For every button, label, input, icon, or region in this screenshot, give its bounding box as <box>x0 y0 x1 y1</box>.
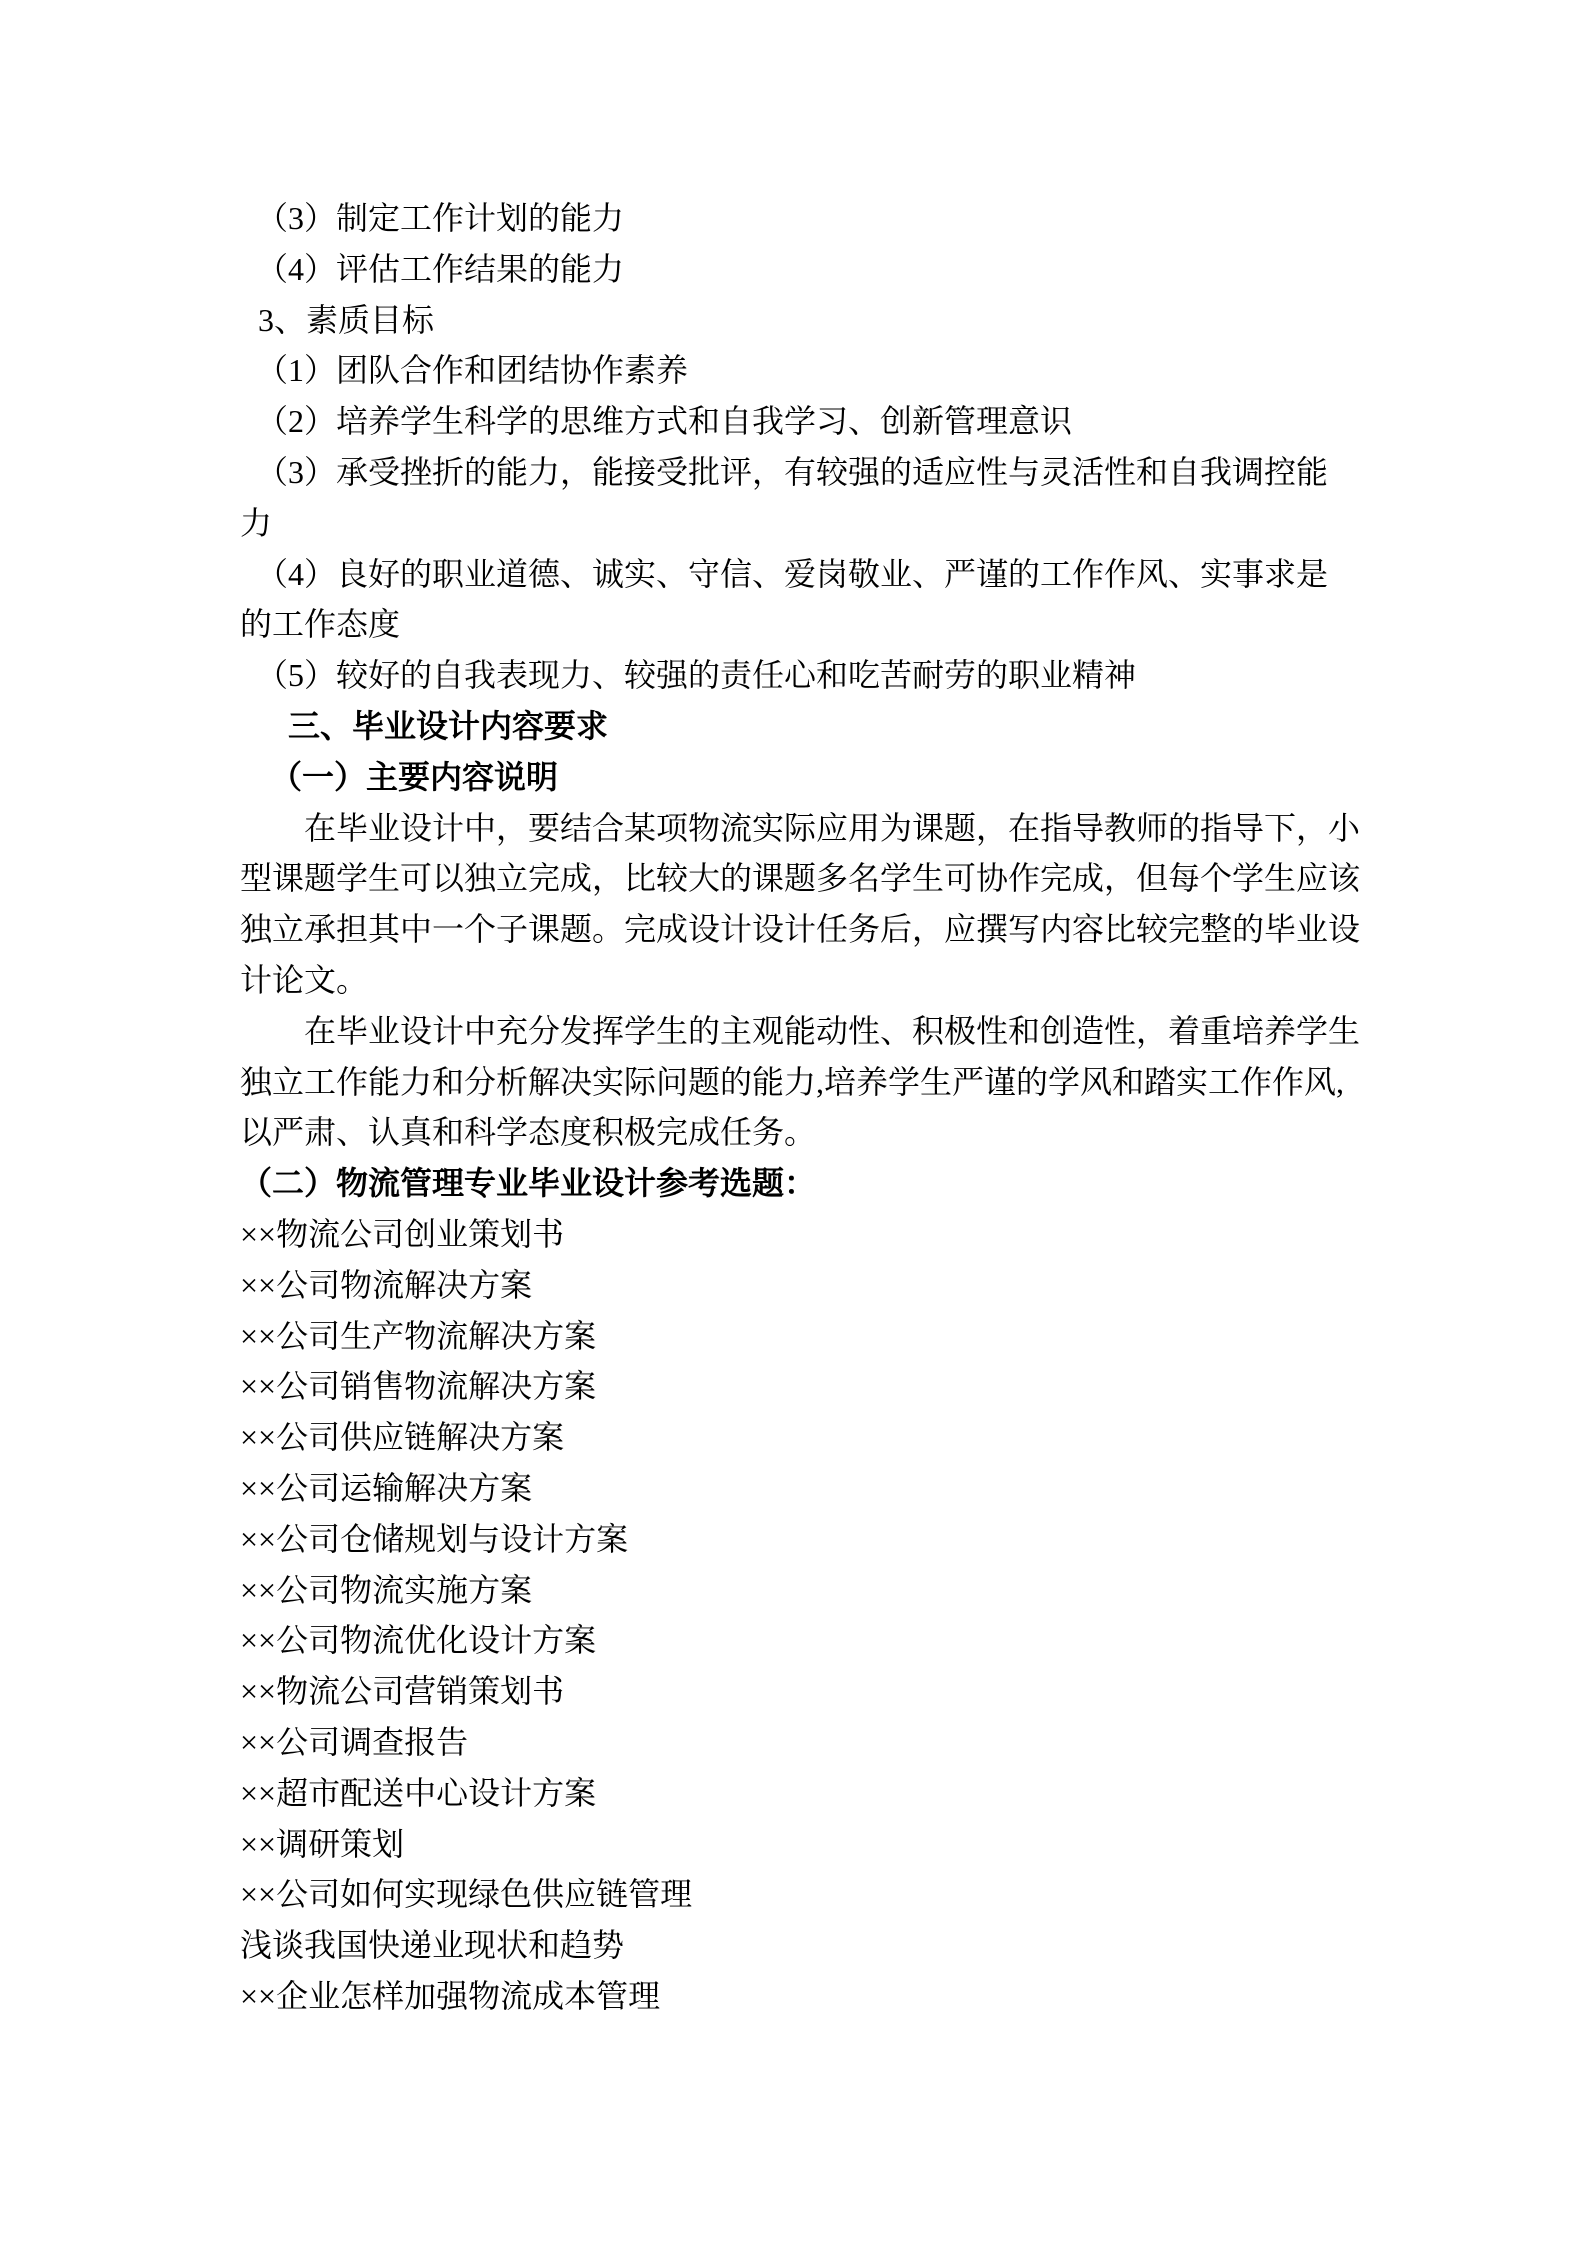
doc-line-topic-7: ××公司仓储规划与设计方案 <box>240 1514 1350 1565</box>
doc-line-topic-14: ××公司如何实现绿色供应链管理 <box>240 1869 1350 1920</box>
doc-line-paragraph-1-l3: 独立承担其中一个子课题。完成设计设计任务后，应撰写内容比较完整的毕业设 <box>240 904 1350 955</box>
doc-line-quality-item-4-cont: 的工作态度 <box>240 599 1350 650</box>
doc-line-topic-5: ××公司供应链解决方案 <box>240 1412 1350 1463</box>
section-heading-main-content: （一）主要内容说明 <box>240 752 1350 803</box>
doc-line-topic-15: 浅谈我国快递业现状和趋势 <box>240 1920 1350 1971</box>
doc-line-quality-item-2: （2）培养学生科学的思维方式和自我学习、创新管理意识 <box>240 396 1350 447</box>
doc-line-ability-item-4: （4）评估工作结果的能力 <box>240 244 1350 295</box>
doc-line-topic-10: ××物流公司营销策划书 <box>240 1666 1350 1717</box>
doc-line-topic-8: ××公司物流实施方案 <box>240 1565 1350 1616</box>
doc-line-ability-item-3: （3）制定工作计划的能力 <box>240 193 1350 244</box>
doc-line-paragraph-2-l2: 独立工作能力和分析解决实际问题的能力,培养学生严谨的学风和踏实工作作风, <box>240 1057 1350 1108</box>
doc-line-topic-6: ××公司运输解决方案 <box>240 1463 1350 1514</box>
doc-line-paragraph-1-l2: 型课题学生可以独立完成，比较大的课题多名学生可协作完成，但每个学生应该 <box>240 853 1350 904</box>
doc-line-topic-11: ××公司调查报告 <box>240 1717 1350 1768</box>
doc-line-paragraph-2-l1: 在毕业设计中充分发挥学生的主观能动性、积极性和创造性，着重培养学生 <box>240 1006 1350 1057</box>
doc-line-topic-16: ××企业怎样加强物流成本管理 <box>240 1971 1350 2022</box>
doc-line-quality-item-3: （3）承受挫折的能力，能接受批评，有较强的适应性与灵活性和自我调控能 <box>240 447 1350 498</box>
doc-line-topic-9: ××公司物流优化设计方案 <box>240 1615 1350 1666</box>
section-heading-reference-topics: （二）物流管理专业毕业设计参考选题： <box>240 1158 1350 1209</box>
doc-line-quality-item-3-cont: 力 <box>240 498 1350 549</box>
doc-line-paragraph-2-l3: 以严肃、认真和科学态度积极完成任务。 <box>240 1107 1350 1158</box>
doc-line-topic-12: ××超市配送中心设计方案 <box>240 1768 1350 1819</box>
doc-line-quality-item-1: （1）团队合作和团结协作素养 <box>240 345 1350 396</box>
doc-line-paragraph-1-l4: 计论文。 <box>240 955 1350 1006</box>
doc-line-topic-4: ××公司销售物流解决方案 <box>240 1361 1350 1412</box>
doc-line-quality-item-5: （5）较好的自我表现力、较强的责任心和吃苦耐劳的职业精神 <box>240 650 1350 701</box>
doc-line-topic-2: ××公司物流解决方案 <box>240 1260 1350 1311</box>
doc-line-topic-13: ××调研策划 <box>240 1819 1350 1870</box>
doc-line-topic-3: ××公司生产物流解决方案 <box>240 1311 1350 1362</box>
doc-line-quality-item-4: （4）良好的职业道德、诚实、守信、爱岗敬业、严谨的工作作风、实事求是 <box>240 549 1350 600</box>
section-heading-3-content-requirements: 三、毕业设计内容要求 <box>240 701 1350 752</box>
doc-line-quality-goal-heading: 3、素质目标 <box>240 295 1350 346</box>
doc-line-topic-1: ××物流公司创业策划书 <box>240 1209 1350 1260</box>
doc-line-paragraph-1-l1: 在毕业设计中，要结合某项物流实际应用为课题，在指导教师的指导下，小 <box>240 803 1350 854</box>
document-page: （3）制定工作计划的能力 （4）评估工作结果的能力 3、素质目标 （1）团队合作… <box>0 0 1587 2245</box>
document-text-block: （3）制定工作计划的能力 （4）评估工作结果的能力 3、素质目标 （1）团队合作… <box>240 193 1350 2022</box>
